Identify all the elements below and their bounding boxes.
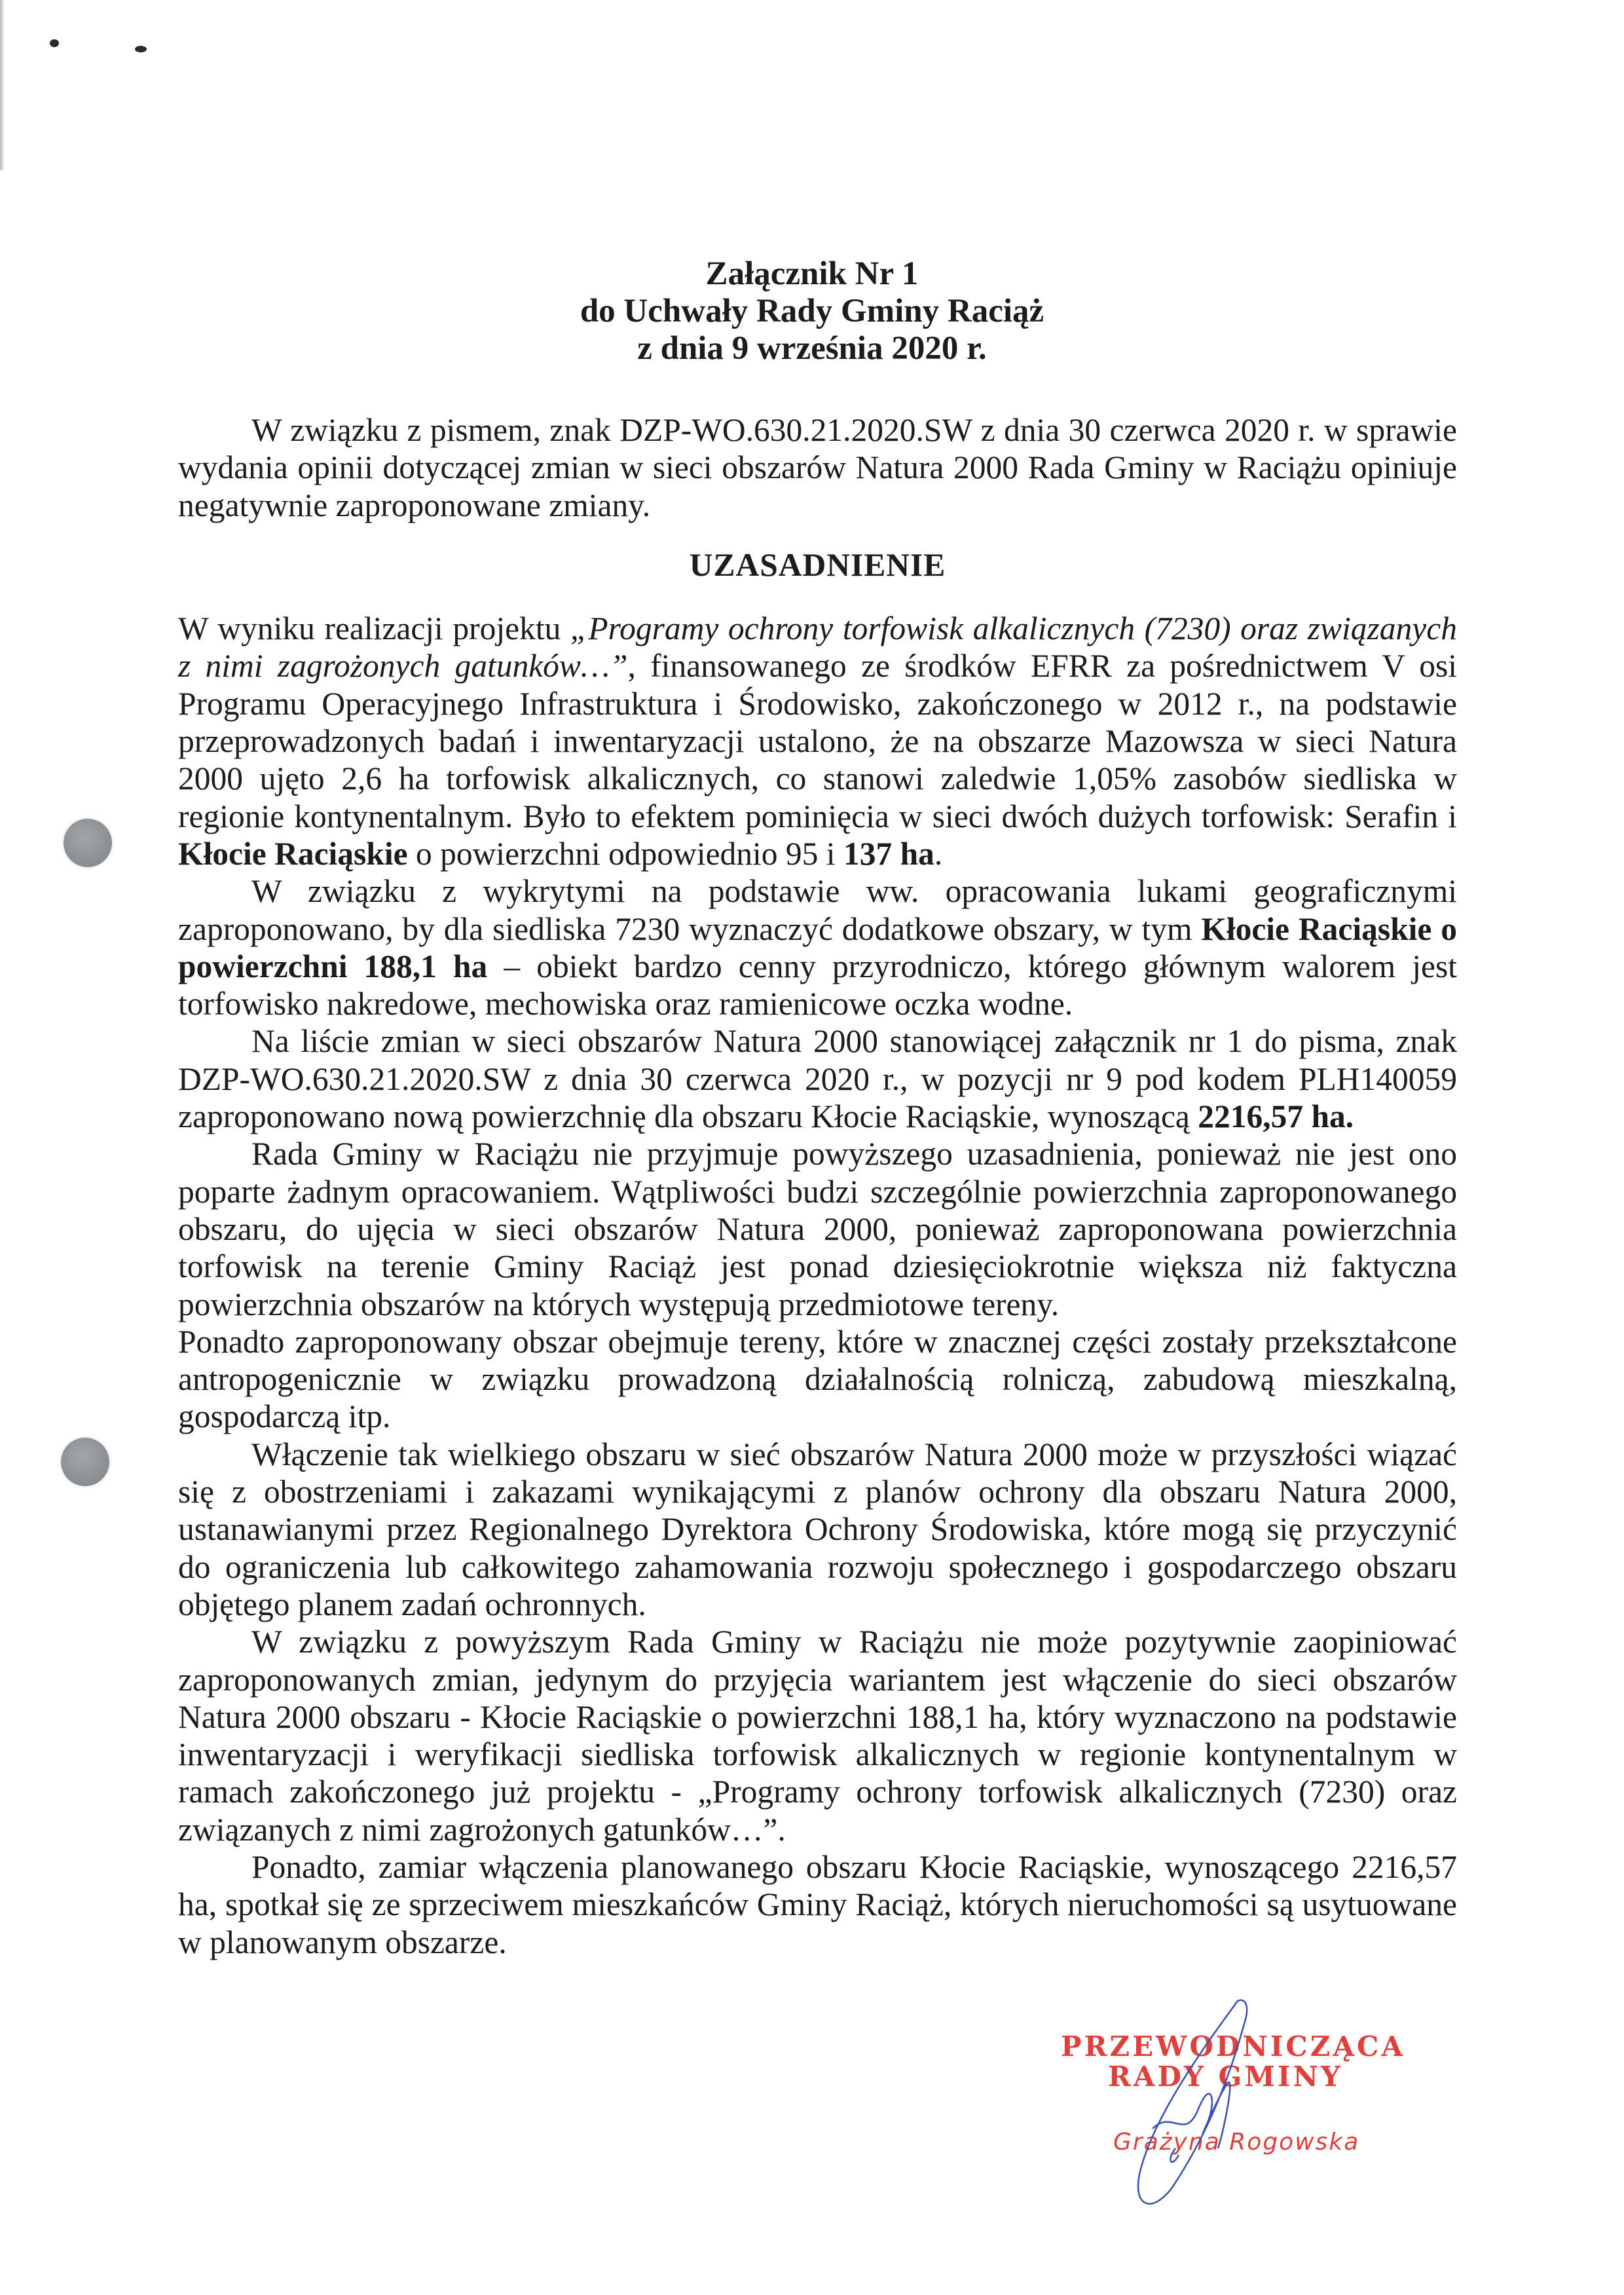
paragraph-4: Rada Gminy w Raciążu nie przyjmuje powyż… [178,1135,1457,1322]
document-header: Załącznik Nr 1 do Uchwały Rady Gminy Rac… [0,255,1624,367]
header-resolution: do Uchwały Rady Gminy Raciąż [0,293,1624,330]
scan-speck [135,46,147,52]
scan-edge-shadow [0,0,4,170]
paragraph-7: W związku z powyższym Rada Gminy w Racią… [178,1623,1457,1848]
header-date: z dnia 9 września 2020 r. [0,330,1624,367]
scan-speck [50,39,59,47]
header-attachment-number: Załącznik Nr 1 [0,255,1624,293]
paragraph-3: Na liście zmian w sieci obszarów Natura … [178,1022,1457,1135]
official-stamp: PRZEWODNICZĄCA RADY GMINY Grażyna Rogows… [1061,2030,1401,2201]
paragraph-1: W wyniku realizacji projektu „Programy o… [178,610,1457,872]
punch-hole-top [64,819,112,867]
paragraph-8: Ponadto, zamiar włączenia planowanego ob… [178,1848,1457,1961]
document-body: W związku z pismem, znak DZP-WO.630.21.2… [178,411,1457,1961]
stamp-signatory-name: Grażyna Rogowska [1113,2129,1359,2155]
paragraph-2: W związku z wykrytymi na podstawie ww. o… [178,872,1457,1022]
stamp-title-line2: RADY GMINY [1108,2061,1343,2093]
paragraph-6: Włączenie tak wielkiego obszaru w sieć o… [178,1436,1457,1623]
stamp-title-line1: PRZEWODNICZĄCA [1061,2030,1405,2062]
intro-paragraph: W związku z pismem, znak DZP-WO.630.21.2… [178,411,1457,524]
punch-hole-bottom [61,1438,109,1486]
section-title: UZASADNIENIE [178,546,1457,584]
paragraph-5: Ponadto zaproponowany obszar obejmuje te… [178,1323,1457,1436]
